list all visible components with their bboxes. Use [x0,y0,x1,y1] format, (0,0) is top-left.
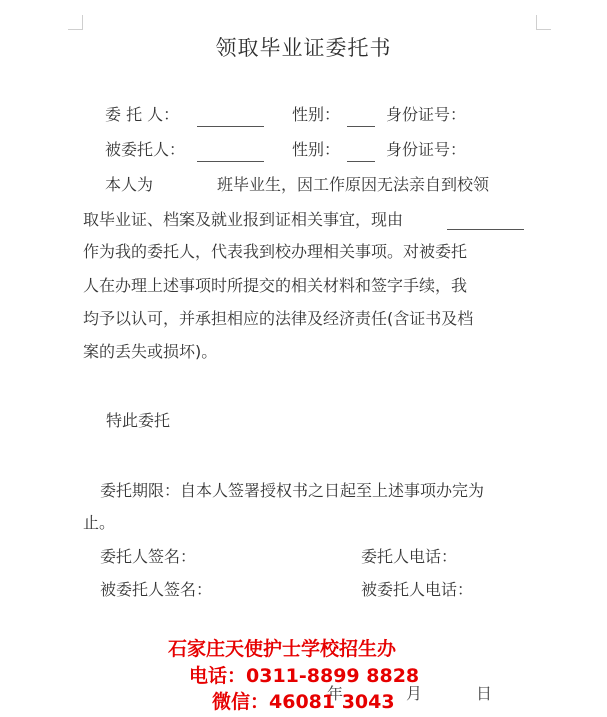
period-line-1: 委托期限：自本人签署授权书之日起至上述事项办完为 [100,480,484,502]
agent-signature-label: 被委托人签名： [100,579,212,601]
principal-phone-label: 委托人电话： [361,546,457,568]
watermark-wechat: 微信：46081 3043 [212,687,395,714]
body-line-4: 人在办理上述事项时所提交的相关材料和签字手续，我 [83,275,467,297]
principal-signature-label: 委托人签名： [100,546,196,568]
principal-gender-blank[interactable] [347,126,375,127]
agent-phone-label: 被委托人电话： [361,579,473,601]
body-line-3: 作为我的委托人，代表我到校办理相关事项。对被委托 [83,241,467,263]
agent-id-label: 身份证号： [386,139,466,161]
principal-label: 委 托 人： [105,104,179,126]
principal-id-label: 身份证号： [386,104,466,126]
agent-name-blank[interactable] [197,161,264,162]
period-line-2: 止。 [83,512,115,534]
body-line-5: 均予以认可，并承担相应的法律及经济责任(含证书及档 [83,308,473,330]
document-title: 领取毕业证委托书 [0,32,607,62]
agent-name-inline-blank[interactable] [447,229,524,230]
body-line-2: 取毕业证、档案及就业报到证相关事宜，现由 [83,209,403,231]
page-corner-mark-top-right [536,15,551,30]
watermark-phone: 电话：0311-8899 8828 [189,661,419,688]
date-day-label: 日 [476,681,492,704]
agent-label: 被委托人： [105,139,185,161]
page-corner-mark-top-left [68,15,83,30]
agent-gender-blank[interactable] [347,161,375,162]
principal-gender-label: 性别： [292,104,340,126]
watermark-org: 石家庄天使护士学校招生办 [168,634,396,661]
body-line-1b: 班毕业生，因工作原因无法亲自到校领 [217,174,489,196]
body-line-1a: 本人为 [105,174,153,196]
principal-name-blank[interactable] [197,126,264,127]
closing-text: 特此委托 [106,410,170,432]
agent-gender-label: 性别： [292,139,340,161]
body-line-6: 案的丢失或损坏)。 [83,341,217,363]
